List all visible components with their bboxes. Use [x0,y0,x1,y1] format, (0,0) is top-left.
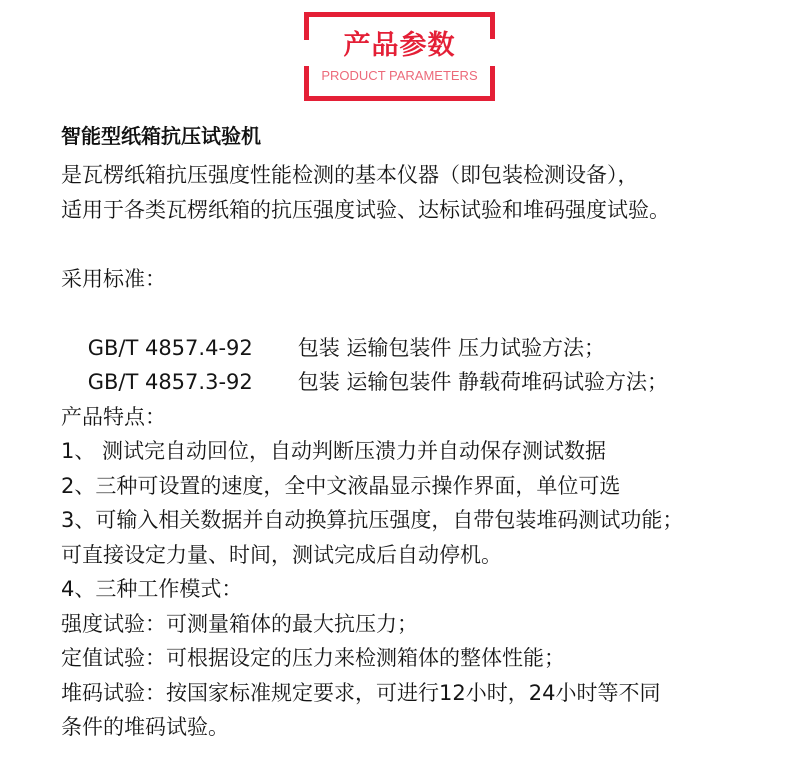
section-badge: 产品参数 PRODUCT PARAMETERS [304,12,495,101]
feature-line: 可直接设定力量、时间，测试完成后自动停机。 [61,538,791,573]
standard-desc: 包装 运输包装件 压力试验方法； [298,336,605,360]
feature-line: 1、 测试完自动回位，自动判断压溃力并自动保存测试数据 [61,434,791,469]
feature-line: 强度试验：可测量箱体的最大抗压力； [61,607,791,642]
standard-code: GB/T 4857.3-92 [88,365,298,400]
badge-subtitle: PRODUCT PARAMETERS [304,68,495,84]
feature-line: 2、三种可设置的速度，全中文液晶显示操作界面，单位可选 [61,469,791,504]
features-heading: 产品特点： [61,400,791,435]
standard-desc: 包装 运输包装件 静载荷堆码试验方法； [298,370,668,394]
product-parameters-content: 智能型纸箱抗压试验机 是瓦楞纸箱抗压强度性能检测的基本仪器（即包装检测设备）， … [61,122,791,745]
description-line: 是瓦楞纸箱抗压强度性能检测的基本仪器（即包装检测设备）， [61,158,791,193]
badge-title: 产品参数 [304,30,495,62]
product-name: 智能型纸箱抗压试验机 [61,122,791,150]
feature-line: 条件的堆码试验。 [61,710,791,745]
badge-frame-bottom [304,96,495,101]
standard-item: GB/T 4857.4-92包装 运输包装件 压力试验方法； [61,296,791,331]
feature-line: 定值试验：可根据设定的压力来检测箱体的整体性能； [61,641,791,676]
standards-heading: 采用标准： [61,262,791,297]
feature-line: 4、三种工作模式： [61,572,791,607]
badge-frame-top [304,12,495,17]
standard-code: GB/T 4857.4-92 [88,331,298,366]
feature-line: 堆码试验：按国家标准规定要求，可进行12小时，24小时等不同 [61,676,791,711]
feature-line: 3、可输入相关数据并自动换算抗压强度，自带包装堆码测试功能； [61,503,791,538]
spacer [61,227,791,262]
description-line: 适用于各类瓦楞纸箱的抗压强度试验、达标试验和堆码强度试验。 [61,193,791,228]
